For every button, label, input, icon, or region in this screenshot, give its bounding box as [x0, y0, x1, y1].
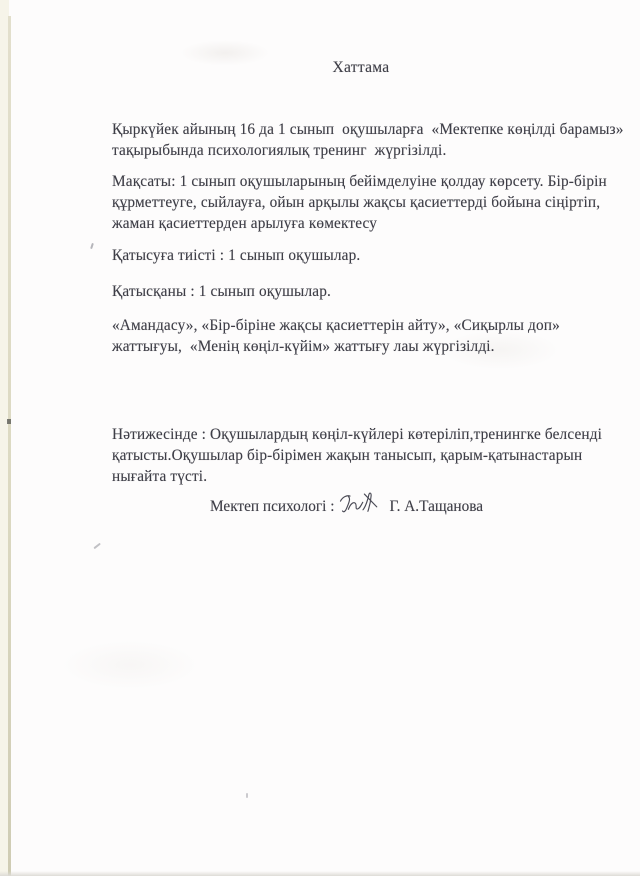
- scan-speck: [93, 543, 100, 549]
- document-line: Қыркүйек айының 16 да 1 сынып оқушыларға…: [112, 119, 624, 140]
- handwritten-signature-icon: [339, 492, 383, 518]
- document-title: Хаттама: [112, 59, 610, 77]
- document-line: тақырыбында психологиялық тренинг жүргіз…: [112, 140, 624, 161]
- scan-smudge: [60, 640, 200, 690]
- document-line: Мақсаты: 1 сынып оқушыларының бейімделуі…: [112, 171, 607, 192]
- signoff-name: Г. А.Тащанова: [389, 498, 483, 516]
- document-line: нығайта түсті.: [112, 466, 602, 487]
- scan-speck: [246, 793, 248, 798]
- signoff-row: Мектеп психологі : Г. А.Тащанова: [210, 494, 483, 520]
- paragraph-intro: Қыркүйек айының 16 да 1 сынып оқушыларға…: [112, 119, 624, 161]
- scan-speck: [90, 243, 94, 249]
- paragraph-goal: Мақсаты: 1 сынып оқушыларының бейімделуі…: [112, 171, 607, 234]
- scan-speck: [7, 419, 11, 424]
- signoff-label: Мектеп психологі :: [210, 498, 334, 516]
- document-line: қатысты.Оқушылар бір-бірімен жақын таныс…: [112, 445, 602, 466]
- document-line: Қатысқаны : 1 сынып оқушылар.: [112, 281, 331, 302]
- paragraph-expected-participants: Қатысуға тиісті : 1 сынып оқушылар.: [112, 245, 360, 266]
- document-line: құрметтеуге, сыйлауға, ойын арқылы жақсы…: [112, 192, 607, 213]
- document-line: «Амандасу», «Бір-біріне жақсы қасиеттері…: [112, 315, 560, 336]
- paragraph-actual-participants: Қатысқаны : 1 сынып оқушылар.: [112, 281, 331, 302]
- document-line: Нәтижесінде : Оқушылардың көңіл-күйлері …: [112, 424, 602, 445]
- paragraph-results: Нәтижесінде : Оқушылардың көңіл-күйлері …: [112, 424, 602, 487]
- document-line: жаман қасиеттерден арылуға көмектесу: [112, 213, 607, 234]
- scan-bottom-edge: [0, 871, 640, 876]
- paragraph-exercises: «Амандасу», «Бір-біріне жақсы қасиеттері…: [112, 315, 560, 357]
- scan-left-edge-line: [8, 16, 11, 876]
- document-line: Қатысуға тиісті : 1 сынып оқушылар.: [112, 245, 360, 266]
- document-line: жаттығуы, «Менің көңіл-күйім» жаттығу ла…: [112, 336, 560, 357]
